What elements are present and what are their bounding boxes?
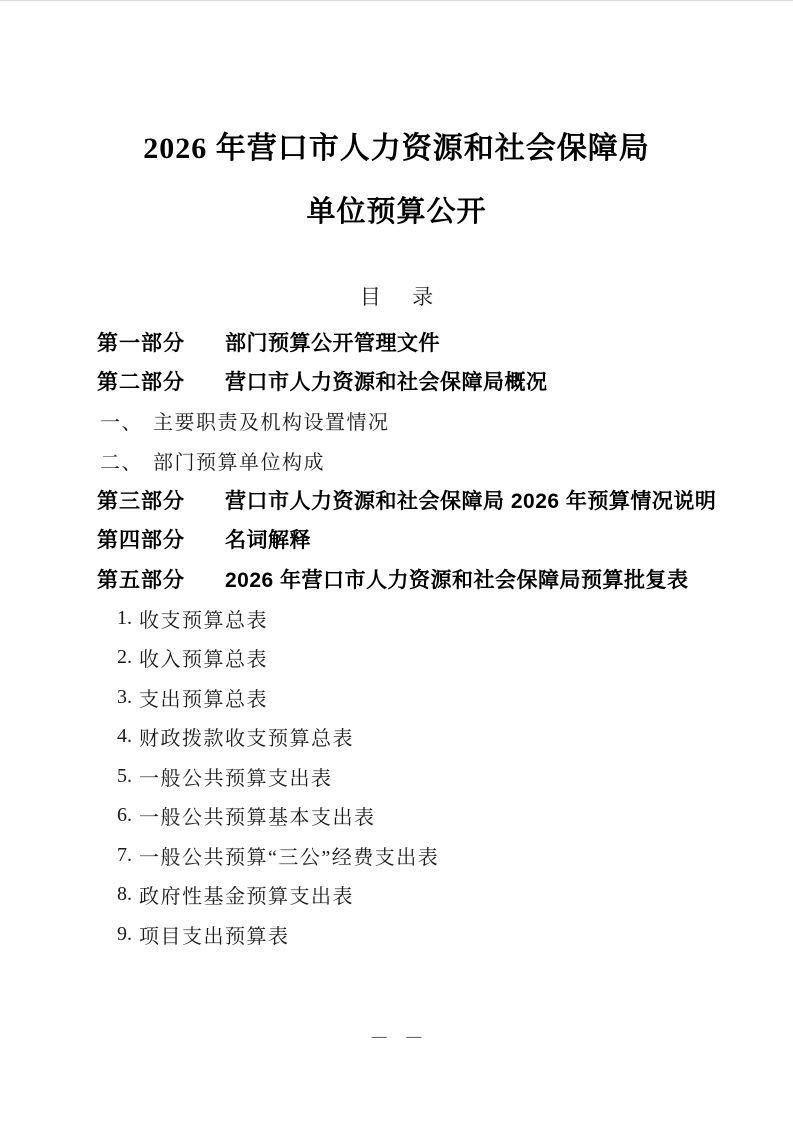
toc-list: 第一部分 部门预算公开管理文件 第二部分 营口市人力资源和社会保障局概况 一、 …	[0, 322, 793, 954]
toc-entry-table-7: 7. 一般公共预算“三公”经费支出表	[0, 836, 793, 876]
toc-entry-title: 政府性基金预算支出表	[139, 880, 354, 909]
toc-entry-part-3: 第三部分 营口市人力资源和社会保障局 2026 年预算情况说明	[0, 480, 793, 520]
document-title-line1: 2026 年营口市人力资源和社会保障局	[0, 123, 793, 167]
toc-entry-label: 第四部分	[97, 524, 225, 554]
toc-entry-number: 2.	[117, 646, 132, 669]
toc-entry-label: 一、	[100, 406, 143, 435]
toc-entry-sub-2: 二、 部门预算单位构成	[0, 441, 793, 481]
toc-entry-part-4: 第四部分 名词解释	[0, 520, 793, 560]
toc-entry-title: 一般公共预算“三公”经费支出表	[139, 841, 439, 870]
toc-entry-sub-1: 一、 主要职责及机构设置情况	[0, 401, 793, 441]
document-title-line2: 单位预算公开	[0, 189, 793, 230]
toc-entry-table-5: 5. 一般公共预算支出表	[0, 757, 793, 797]
toc-entry-title: 项目支出预算表	[139, 920, 290, 949]
toc-entry-table-3: 3. 支出预算总表	[0, 678, 793, 718]
toc-entry-number: 7.	[117, 844, 132, 867]
toc-heading: 目 录	[0, 281, 793, 311]
toc-entry-part-1: 第一部分 部门预算公开管理文件	[0, 322, 793, 362]
toc-entry-title: 财政拨款收支预算总表	[139, 722, 354, 751]
toc-entry-title: 支出预算总表	[139, 683, 268, 712]
toc-entry-label: 第五部分	[97, 564, 225, 594]
toc-entry-label: 二、	[100, 446, 143, 475]
toc-entry-table-1: 1. 收支预算总表	[0, 599, 793, 639]
toc-entry-table-2: 2. 收入预算总表	[0, 638, 793, 678]
toc-entry-label: 第二部分	[97, 366, 225, 396]
toc-entry-title: 名词解释	[225, 524, 311, 554]
toc-entry-label: 第一部分	[97, 327, 225, 357]
toc-entry-title: 一般公共预算基本支出表	[139, 801, 376, 830]
toc-entry-number: 8.	[117, 883, 132, 906]
toc-entry-label: 第三部分	[97, 485, 225, 515]
toc-entry-title: 营口市人力资源和社会保障局概况	[225, 366, 548, 396]
toc-entry-title: 一般公共预算支出表	[139, 762, 333, 791]
toc-entry-title: 部门预算公开管理文件	[225, 327, 440, 357]
toc-entry-number: 5.	[117, 765, 132, 788]
toc-entry-title: 2026 年营口市人力资源和社会保障局预算批复表	[225, 564, 689, 594]
toc-entry-table-8: 8. 政府性基金预算支出表	[0, 875, 793, 915]
toc-entry-part-5: 第五部分 2026 年营口市人力资源和社会保障局预算批复表	[0, 559, 793, 599]
page-number-marker: — —	[0, 1029, 793, 1046]
toc-entry-title: 主要职责及机构设置情况	[153, 406, 390, 435]
toc-entry-title: 营口市人力资源和社会保障局 2026 年预算情况说明	[225, 485, 716, 515]
toc-entry-title: 收入预算总表	[139, 643, 268, 672]
toc-entry-title: 部门预算单位构成	[153, 446, 325, 475]
toc-entry-table-9: 9. 项目支出预算表	[0, 915, 793, 955]
toc-entry-part-2: 第二部分 营口市人力资源和社会保障局概况	[0, 362, 793, 402]
toc-entry-number: 1.	[117, 607, 132, 630]
toc-entry-title: 收支预算总表	[139, 604, 268, 633]
toc-entry-number: 3.	[117, 686, 132, 709]
toc-entry-number: 6.	[117, 804, 132, 827]
toc-entry-table-4: 4. 财政拨款收支预算总表	[0, 717, 793, 757]
toc-entry-number: 9.	[117, 923, 132, 946]
toc-entry-number: 4.	[117, 725, 132, 748]
toc-entry-table-6: 6. 一般公共预算基本支出表	[0, 796, 793, 836]
document-page: 2026 年营口市人力资源和社会保障局 单位预算公开 目 录 第一部分 部门预算…	[0, 0, 793, 1122]
